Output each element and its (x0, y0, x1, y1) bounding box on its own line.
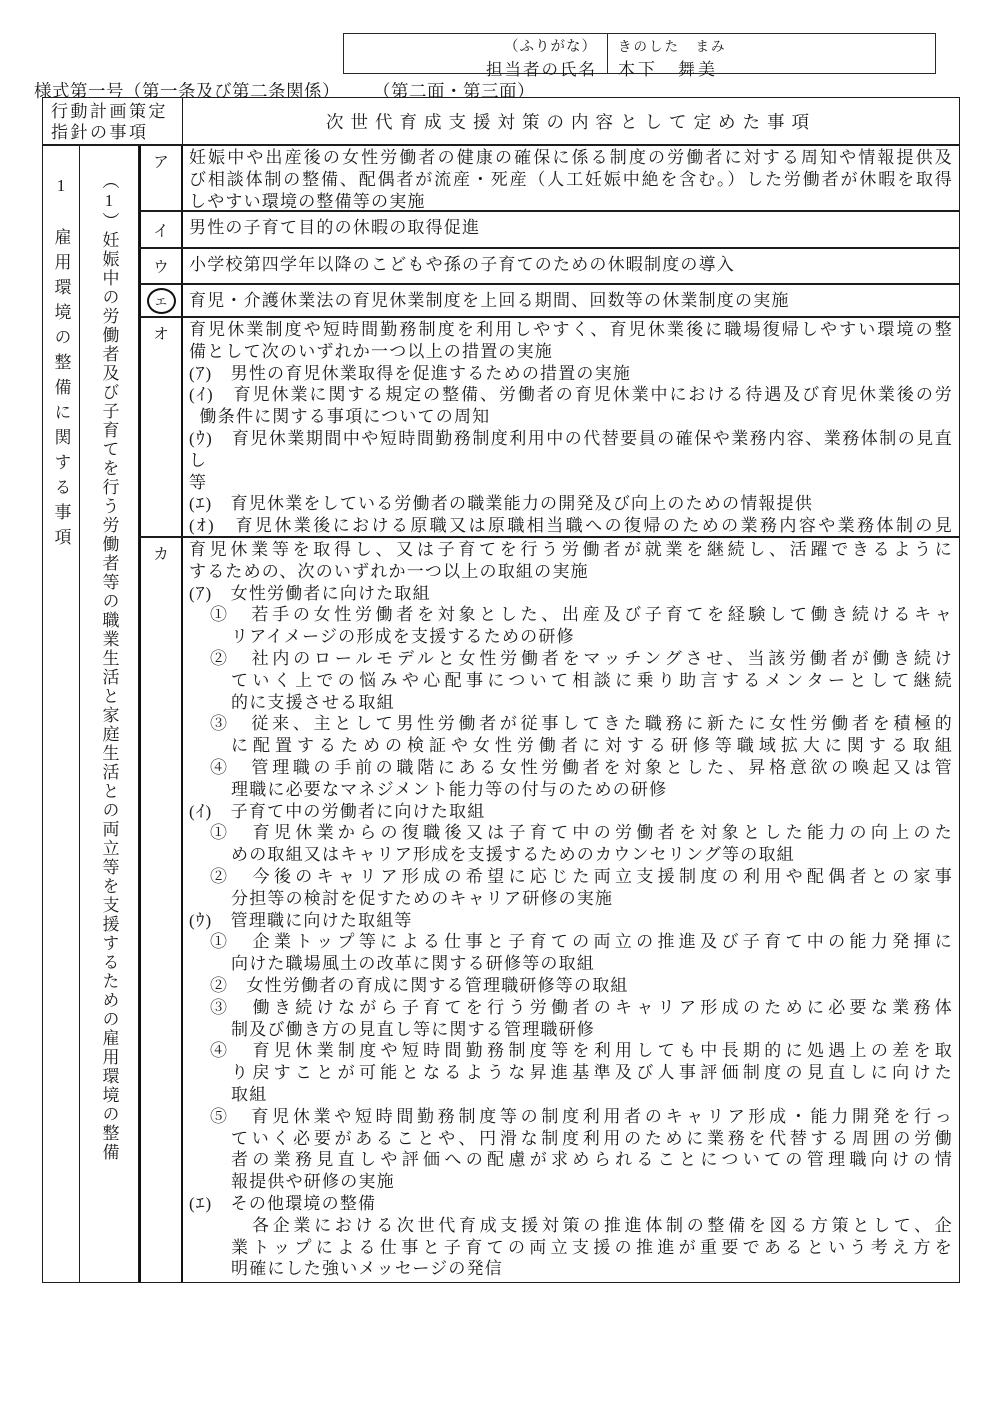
item-content: 育児休業制度や短時間勤務制度を利用しやすく、育児休業後に職場復帰しやすい環境の整… (183, 318, 959, 536)
item-rows: ア妊娠中や出産後の女性労働者の健康の確保に係る制度の労働者に対する周知や情報提供… (139, 146, 959, 1282)
item-label: イ (153, 219, 169, 241)
furigana-label: （ふりがな） (504, 35, 597, 56)
text-line: (ｵ) 育児休業後における原職又は原職相当職への復帰のための業務内容や業務体制の… (189, 515, 953, 536)
form-page: （ふりがな） 担当者の氏名 きのした まみ 木下 舞美 様式第一号（第一条及び第… (0, 0, 1000, 1414)
item-label-cell: カ (139, 538, 183, 1282)
table-row: イ男性の子育て目的の休暇の取得促進 (139, 212, 959, 249)
table-row: ウ小学校第四学年以降のこどもや孫の子育てのための休暇制度の導入 (139, 249, 959, 285)
category-vertical-text: 1 雇用環境の整備に関する事項 (49, 146, 74, 1282)
text-line: 妊娠中や出産後の女性労働者の健康の確保に係る制度の労働者に対する周知や情報提供及 (189, 147, 953, 169)
furigana-value: きのした まみ (618, 35, 935, 55)
text-line: ① 育児休業からの復職後又は子育て中の労働者を対象とした能力の向上のた (189, 822, 953, 844)
text-line: 備として次のいずれか一つ以上の措置の実施 (189, 341, 953, 363)
text-line: に配置するための検証や女性労働者に対する研修等職域拡大に関する取組 (189, 735, 953, 757)
text-line: 業トップによる仕事と子育ての両立支援の推進が重要であるという考え方を (189, 1237, 953, 1259)
name-box-value-cell: きのした まみ 木下 舞美 (608, 34, 935, 73)
item-label-cell: オ (139, 318, 183, 536)
subcategory-cell: （1）妊娠中の労働者及び子育てを行う労働者等の職業生活と家庭生活との両立等を支援… (80, 146, 139, 1282)
item-content: 育児休業等を取得し、又は子育てを行う労働者が就業を継続し、活躍できるようにするた… (183, 538, 959, 1282)
text-line: 育児・介護休業法の育児休業制度を上回る期間、回数等の休業制度の実施 (189, 290, 953, 312)
text-line: 分担等の検討を促すためのキャリア研修の実施 (189, 888, 953, 910)
text-line: び相談体制の整備、配偶者が流産・死産（人工妊娠中絶を含む。）した労働者が休暇を取… (189, 169, 953, 191)
staff-name-box: （ふりがな） 担当者の氏名 きのした まみ 木下 舞美 (343, 33, 936, 74)
item-label-cell: イ (139, 212, 183, 247)
text-line: (ｳ) 育児休業期間中や短時間勤務制度利用中の代替要員の確保や業務内容、業務体制… (189, 428, 953, 472)
text-line: (ｱ) 男性の育児休業取得を促進するための措置の実施 (189, 363, 953, 385)
text-line: (ｴ) 育児休業をしている労働者の職業能力の開発及び向上のための情報提供 (189, 493, 953, 515)
item-label: オ (153, 322, 169, 344)
item-content: 小学校第四学年以降のこどもや孫の子育てのための休暇制度の導入 (183, 249, 959, 283)
item-label-cell: ア (139, 146, 183, 210)
text-line: 各企業における次世代育成支援対策の推進体制の整備を図る方策として、企 (189, 1215, 953, 1237)
text-line: 制及び働き方の見直し等に関する管理職研修 (189, 1019, 953, 1041)
table-body: 1 雇用環境の整備に関する事項 （1）妊娠中の労働者及び子育てを行う労働者等の職… (43, 146, 959, 1282)
text-line: ① 若手の女性労働者を対象とした、出産及び子育てを経験して働き続けるキャ (189, 604, 953, 626)
text-line: ④ 管理職の手前の職階にある女性労働者を対象とした、昇格意欲の喚起又は管 (189, 757, 953, 779)
text-line: 理職に必要なマネジメント能力等の付与のための研修 (189, 779, 953, 801)
staff-name-value: 木下 舞美 (618, 55, 935, 80)
text-line: ていく上での悩みや心配事について相談に乗り助言するメンターとして継続 (189, 670, 953, 692)
guideline-header-cell: 行動計画策定 指針の事項 (43, 98, 183, 144)
item-content: 育児・介護休業法の育児休業制度を上回る期間、回数等の休業制度の実施 (183, 285, 959, 316)
text-line: 小学校第四学年以降のこどもや孫の子育てのための休暇制度の導入 (189, 254, 953, 276)
table-header-row: 行動計画策定 指針の事項 次世代育成支援対策の内容として定めた事項 (43, 98, 959, 146)
text-line: (ｱ) 女性労働者に向けた取組 (189, 583, 953, 605)
content-header-cell: 次世代育成支援対策の内容として定めた事項 (183, 98, 959, 144)
text-line: 向けた職場風土の改革に関する研修等の取組 (189, 953, 953, 975)
text-line: (ｳ) 管理職に向けた取組等 (189, 910, 953, 932)
table-row: エ育児・介護休業法の育児休業制度を上回る期間、回数等の休業制度の実施 (139, 285, 959, 318)
text-line: ④ 育児休業制度や短時間勤務制度等を利用しても中長期的に処遇上の差を取 (189, 1040, 953, 1062)
text-line: ③ 働き続けながら子育てを行う労働者のキャリア形成のために必要な業務体 (189, 997, 953, 1019)
item-content: 妊娠中や出産後の女性労働者の健康の確保に係る制度の労働者に対する周知や情報提供及… (183, 146, 959, 210)
text-line: (ｲ) 育児休業に関する規定の整備、労働者の育児休業中における待遇及び育児休業後… (189, 384, 953, 406)
table-row: オ育児休業制度や短時間勤務制度を利用しやすく、育児休業後に職場復帰しやすい環境の… (139, 318, 959, 538)
text-line: 的に支援させる取組 (189, 692, 953, 714)
text-line: めの取組又はキャリア形成を支援するためのカウンセリング等の取組 (189, 844, 953, 866)
text-line: するための、次のいずれか一つ以上の取組の実施 (189, 561, 953, 583)
guideline-header-line2: 指針の事項 (51, 122, 182, 143)
table-row: カ育児休業等を取得し、又は子育てを行う労働者が就業を継続し、活躍できるようにする… (139, 538, 959, 1282)
text-line: ① 企業トップ等による仕事と子育ての両立の推進及び子育て中の能力発揮に (189, 931, 953, 953)
item-label-circled: エ (147, 288, 176, 314)
text-line: (ｲ) 子育て中の労働者に向けた取組 (189, 801, 953, 823)
item-label-cell: エ (139, 285, 183, 316)
item-content: 男性の子育て目的の休暇の取得促進 (183, 212, 959, 247)
name-box-label-cell: （ふりがな） 担当者の氏名 (344, 34, 608, 73)
text-line: ③ 従来、主として男性労働者が従事してきた職務に新たに女性労働者を積極的 (189, 713, 953, 735)
text-line: 取組 (189, 1084, 953, 1106)
text-line: ② 今後のキャリア形成の希望に応じた両立支援制度の利用や配偶者との家事 (189, 866, 953, 888)
text-line: 等 (189, 472, 953, 494)
table-row: ア妊娠中や出産後の女性労働者の健康の確保に係る制度の労働者に対する周知や情報提供… (139, 146, 959, 212)
staff-name-label: 担当者の氏名 (486, 56, 597, 80)
text-line: (ｴ) その他環境の整備 (189, 1193, 953, 1215)
text-line: 育児休業等を取得し、又は子育てを行う労働者が就業を継続し、活躍できるように (189, 539, 953, 561)
item-label: カ (153, 542, 169, 564)
text-line: 者の業務見直しや評価への配慮が求められることについての管理職向けの情 (189, 1149, 953, 1171)
text-line: しやすい環境の整備等の実施 (189, 191, 953, 210)
text-line: 育児休業制度や短時間勤務制度を利用しやすく、育児休業後に職場復帰しやすい環境の整 (189, 319, 953, 341)
text-line: ⑤ 育児休業や短時間勤務制度等の制度利用者のキャリア形成・能力開発を行っ (189, 1106, 953, 1128)
plan-table: 行動計画策定 指針の事項 次世代育成支援対策の内容として定めた事項 1 雇用環境… (42, 97, 960, 1283)
item-label-cell: ウ (139, 249, 183, 283)
text-line: リアイメージの形成を支援するための研修 (189, 626, 953, 648)
item-label: ウ (153, 255, 169, 277)
text-line: 明確にした強いメッセージの発信 (189, 1258, 953, 1280)
text-line: 報提供や研修の実施 (189, 1171, 953, 1193)
guideline-header-line1: 行動計画策定 (51, 101, 182, 122)
item-label: ア (153, 150, 169, 172)
category-cell: 1 雇用環境の整備に関する事項 (43, 146, 80, 1282)
text-line: 働条件に関する事項についての周知 (189, 406, 953, 428)
subcategory-vertical-text: （1）妊娠中の労働者及び子育てを行う労働者等の職業生活と家庭生活との両立等を支援… (97, 146, 122, 1282)
text-line: ていく必要があることや、円滑な制度利用のために業務を代替する周囲の労働 (189, 1128, 953, 1150)
text-line: ② 女性労働者の育成に関する管理職研修等の取組 (189, 975, 953, 997)
text-line: り戻すことが可能となるような昇進基準及び人事評価制度の見直しに向けた (189, 1062, 953, 1084)
text-line: ② 社内のロールモデルと女性労働者をマッチングさせ、当該労働者が働き続け (189, 648, 953, 670)
text-line: 男性の子育て目的の休暇の取得促進 (189, 217, 953, 239)
